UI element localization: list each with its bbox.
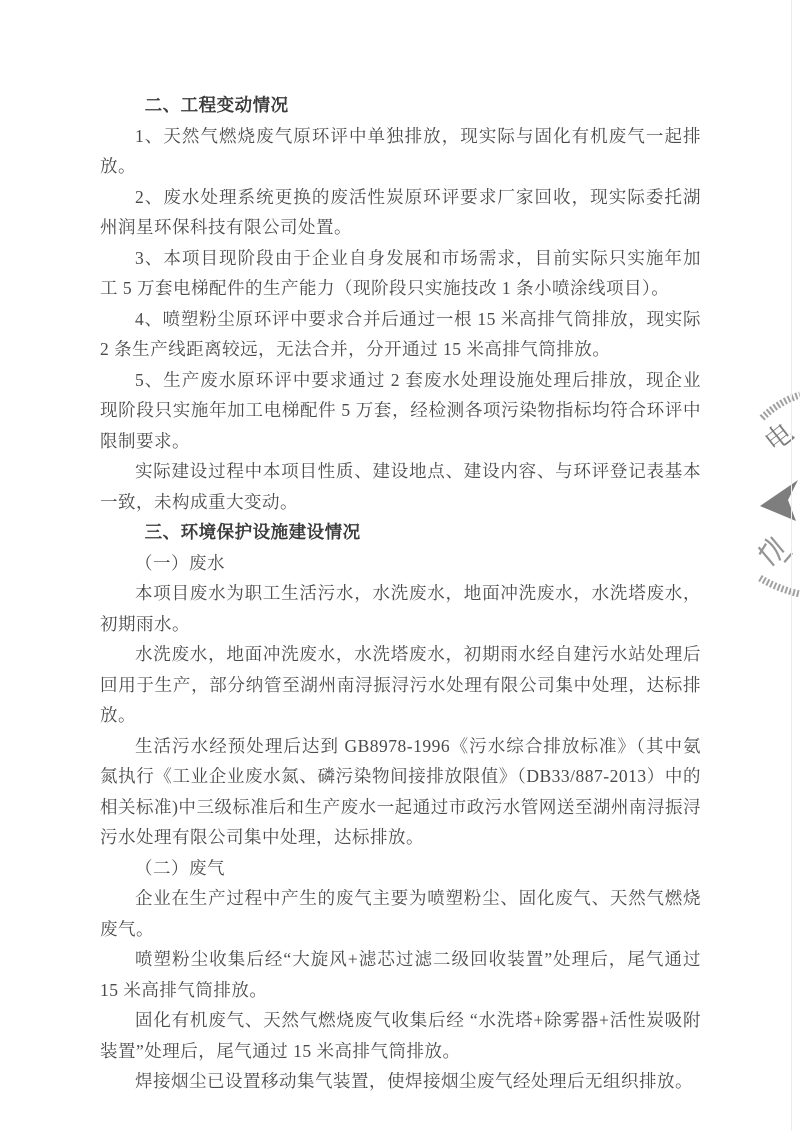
paragraph: 实际建设过程中本项目性质、建设地点、建设内容、与环评登记表基本一致，未构成重大变… xyxy=(100,456,701,517)
scan-page-edge xyxy=(791,0,792,1131)
paragraph: 4、喷塑粉尘原环评中要求合并后通过一根 15 米高排气筒排放，现实际 2 条生产… xyxy=(100,304,701,365)
paragraph: 5、生产废水原环评中要求通过 2 套废水处理设施处理后排放，现企业现阶段只实施年… xyxy=(100,365,701,457)
paragraph: 焊接烟尘已设置移动集气装置，使焊接烟尘废气经处理后无组织排放。 xyxy=(100,1066,701,1097)
document-page: 二、工程变动情况1、天然气燃烧废气原环评中单独排放，现实际与固化有机废气一起排放… xyxy=(0,0,800,1131)
document-body: 二、工程变动情况1、天然气燃烧废气原环评中单独排放，现实际与固化有机废气一起排放… xyxy=(100,90,701,1097)
section-heading: 三、环境保护设施建设情况 xyxy=(100,517,701,548)
paragraph: 水洗废水，地面冲洗废水，水洗塔废水，初期雨水经自建污水站处理后回用于生产，部分纳… xyxy=(100,639,701,731)
subheading: （一）废水 xyxy=(100,548,701,579)
paragraph: 喷塑粉尘收集后经“大旋风+滤芯过滤二级回收装置”处理后，尾气通过 15 米高排气… xyxy=(100,944,701,1005)
seal-character: 电 xyxy=(759,417,799,457)
seal-glyph-strokes-icon xyxy=(754,532,793,572)
paragraph: 生活污水经预处理后达到 GB8978-1996《污水综合排放标准》（其中氨氮执行… xyxy=(100,731,701,853)
company-seal-partial: 电 xyxy=(752,388,800,603)
seal-rim-bottom-icon xyxy=(760,578,800,594)
section-heading: 二、工程变动情况 xyxy=(100,90,701,121)
paragraph: 3、本项目现阶段由于企业自身发展和市场需求，目前实际只实施年加工 5 万套电梯配… xyxy=(100,243,701,304)
paragraph: 固化有机废气、天然气燃烧废气收集后经 “水洗塔+除雾器+活性炭吸附装置”处理后，… xyxy=(100,1005,701,1066)
paragraph: 企业在生产过程中产生的废气主要为喷塑粉尘、固化废气、天然气燃烧废气。 xyxy=(100,883,701,944)
seal-rim-top-icon xyxy=(762,395,800,418)
seal-star-icon xyxy=(760,480,798,521)
paragraph: 本项目废水为职工生活污水，水洗废水，地面冲洗废水，水洗塔废水，初期雨水。 xyxy=(100,578,701,639)
subheading: （二）废气 xyxy=(100,853,701,884)
paragraph: 2、废水处理系统更换的废活性炭原环评要求厂家回收，现实际委托湖州润星环保科技有限… xyxy=(100,182,701,243)
paragraph: 1、天然气燃烧废气原环评中单独排放，现实际与固化有机废气一起排放。 xyxy=(100,121,701,182)
